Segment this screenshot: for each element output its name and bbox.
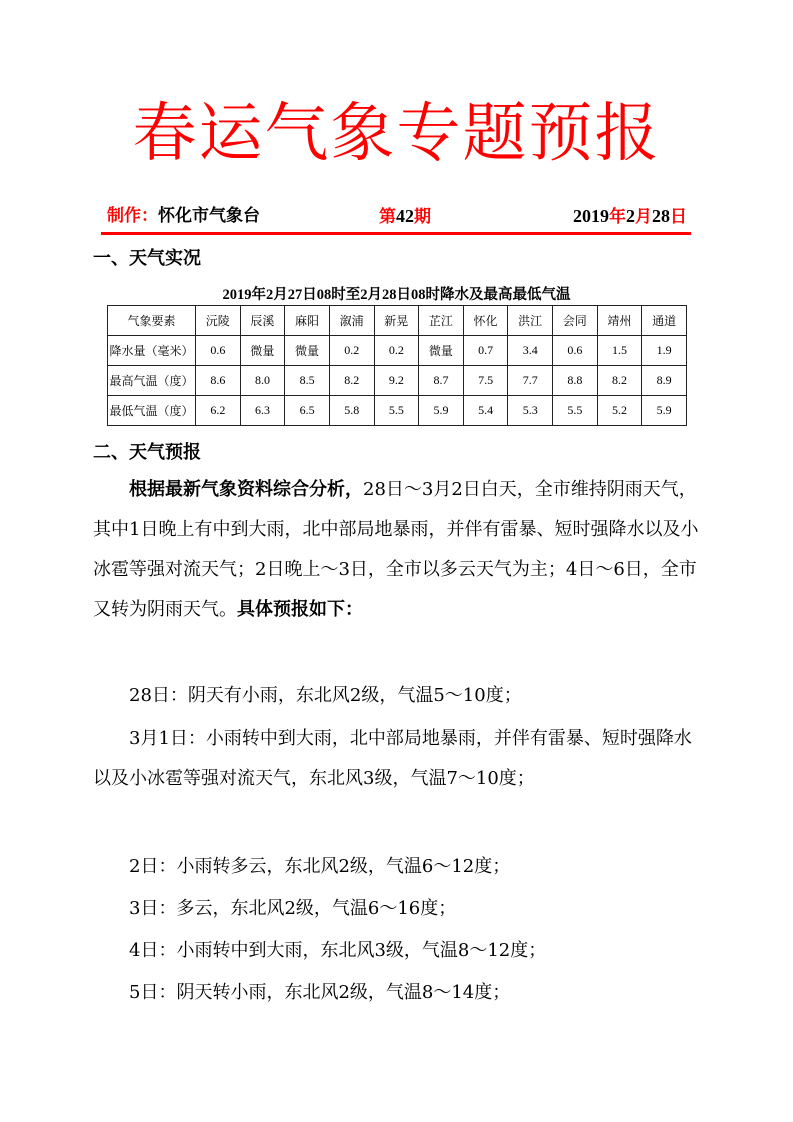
table-cell: 8.6 bbox=[196, 366, 241, 396]
table-cell: 0.6 bbox=[553, 336, 598, 366]
table-row: 最高气温（度） 8.6 8.0 8.5 8.2 9.2 8.7 7.5 7.7 … bbox=[108, 366, 687, 396]
table-cell: 5.5 bbox=[553, 396, 598, 426]
table-header-cell: 新晃 bbox=[374, 306, 419, 336]
forecast-summary: 根据最新气象资料综合分析，28日～3月2日白天，全市维持阴雨天气，其中1日晚上有… bbox=[93, 470, 703, 630]
table-cell: 9.2 bbox=[374, 366, 419, 396]
issue-value: 42 bbox=[396, 206, 414, 226]
table-header-cell: 辰溪 bbox=[240, 306, 285, 336]
table-cell: 8.2 bbox=[329, 366, 374, 396]
producer: 制作：怀化市气象台 bbox=[107, 203, 260, 229]
table-cell: 7.7 bbox=[508, 366, 553, 396]
table-cell: 8.9 bbox=[642, 366, 687, 396]
table-cell: 0.6 bbox=[196, 336, 241, 366]
table-cell: 7.5 bbox=[463, 366, 508, 396]
table-cell: 微量 bbox=[285, 336, 330, 366]
table-cell: 5.5 bbox=[374, 396, 419, 426]
table-header-cell: 沅陵 bbox=[196, 306, 241, 336]
table-cell: 6.2 bbox=[196, 396, 241, 426]
table-row: 降水量（毫米） 0.6 微量 微量 0.2 0.2 微量 0.7 3.4 0.6… bbox=[108, 336, 687, 366]
table-cell: 5.8 bbox=[329, 396, 374, 426]
table-cell: 8.0 bbox=[240, 366, 285, 396]
date-month-unit: 月 bbox=[635, 207, 652, 227]
table-cell: 5.9 bbox=[419, 396, 464, 426]
table-cell: 8.7 bbox=[419, 366, 464, 396]
producer-label: 制作： bbox=[107, 206, 158, 226]
date-month: 2 bbox=[626, 206, 635, 226]
row-label: 最高气温（度） bbox=[108, 366, 196, 396]
table-cell: 8.8 bbox=[553, 366, 598, 396]
table-cell: 5.3 bbox=[508, 396, 553, 426]
forecast-item: 5日：阴天转小雨，东北风2级，气温8～14度； bbox=[93, 973, 703, 1013]
header-meta: 制作：怀化市气象台 第42期 2019年2月28日 bbox=[107, 203, 687, 229]
table-cell: 3.4 bbox=[508, 336, 553, 366]
observations-table: 气象要素 沅陵 辰溪 麻阳 溆浦 新晃 芷江 怀化 洪江 会同 靖州 通道 降水… bbox=[107, 305, 687, 426]
forecast-item: 28日：阴天有小雨，东北风2级，气温5～10度； bbox=[93, 676, 703, 716]
table-header-cell: 麻阳 bbox=[285, 306, 330, 336]
table-cell: 6.5 bbox=[285, 396, 330, 426]
table-cell: 5.2 bbox=[597, 396, 642, 426]
table-cell: 0.7 bbox=[463, 336, 508, 366]
forecast-item: 3日：多云，东北风2级，气温6～16度； bbox=[93, 889, 703, 929]
issue-prefix: 第 bbox=[379, 207, 396, 227]
table-cell: 1.9 bbox=[642, 336, 687, 366]
producer-name: 怀化市气象台 bbox=[158, 206, 260, 226]
forecast-item: 2日：小雨转多云，东北风2级，气温6～12度； bbox=[93, 847, 703, 887]
table-row: 最低气温（度） 6.2 6.3 6.5 5.8 5.5 5.9 5.4 5.3 … bbox=[108, 396, 687, 426]
table-caption: 2019年2月27日08时至2月28日08时降水及最高最低气温 bbox=[0, 283, 793, 304]
table-cell: 5.4 bbox=[463, 396, 508, 426]
date-year: 2019 bbox=[573, 206, 609, 226]
issue-number: 第42期 bbox=[379, 203, 431, 230]
table-cell: 0.2 bbox=[374, 336, 419, 366]
table-header-row: 气象要素 沅陵 辰溪 麻阳 溆浦 新晃 芷江 怀化 洪江 会同 靖州 通道 bbox=[108, 306, 687, 336]
table-header-cell: 洪江 bbox=[508, 306, 553, 336]
table-header-cell: 会同 bbox=[553, 306, 598, 336]
document-title: 春运气象专题预报 bbox=[0, 98, 793, 170]
forecast-item: 3月1日：小雨转中到大雨，北中部局地暴雨，并伴有雷暴、短时强降水以及小冰雹等强对… bbox=[93, 719, 703, 799]
table-header-cell: 靖州 bbox=[597, 306, 642, 336]
date-year-unit: 年 bbox=[609, 207, 626, 227]
header-divider bbox=[101, 232, 691, 235]
date-day-unit: 日 bbox=[670, 207, 687, 227]
summary-tail: 具体预报如下： bbox=[237, 599, 363, 620]
table-cell: 1.5 bbox=[597, 336, 642, 366]
table-cell: 微量 bbox=[419, 336, 464, 366]
table-header-cell: 通道 bbox=[642, 306, 687, 336]
summary-body: 28日～3月2日白天，全市维持阴雨天气，其中1日晚上有中到大雨，北中部局地暴雨，… bbox=[93, 479, 698, 620]
date-day: 28 bbox=[652, 206, 670, 226]
issue-date: 2019年2月28日 bbox=[573, 203, 687, 230]
table-cell: 6.3 bbox=[240, 396, 285, 426]
table-cell: 微量 bbox=[240, 336, 285, 366]
forecast-item: 4日：小雨转中到大雨，东北风3级，气温8～12度； bbox=[93, 931, 703, 971]
table-cell: 8.2 bbox=[597, 366, 642, 396]
table-header-cell: 怀化 bbox=[463, 306, 508, 336]
table-header-cell: 芷江 bbox=[419, 306, 464, 336]
section-heading-forecast: 二、天气预报 bbox=[93, 441, 201, 465]
table-header-cell: 气象要素 bbox=[108, 306, 196, 336]
row-label: 最低气温（度） bbox=[108, 396, 196, 426]
table-header-cell: 溆浦 bbox=[329, 306, 374, 336]
summary-lead: 根据最新气象资料综合分析， bbox=[129, 479, 363, 500]
table-cell: 0.2 bbox=[329, 336, 374, 366]
table-cell: 8.5 bbox=[285, 366, 330, 396]
section-heading-observations: 一、天气实况 bbox=[93, 247, 201, 271]
table-cell: 5.9 bbox=[642, 396, 687, 426]
issue-suffix: 期 bbox=[414, 207, 431, 227]
row-label: 降水量（毫米） bbox=[108, 336, 196, 366]
